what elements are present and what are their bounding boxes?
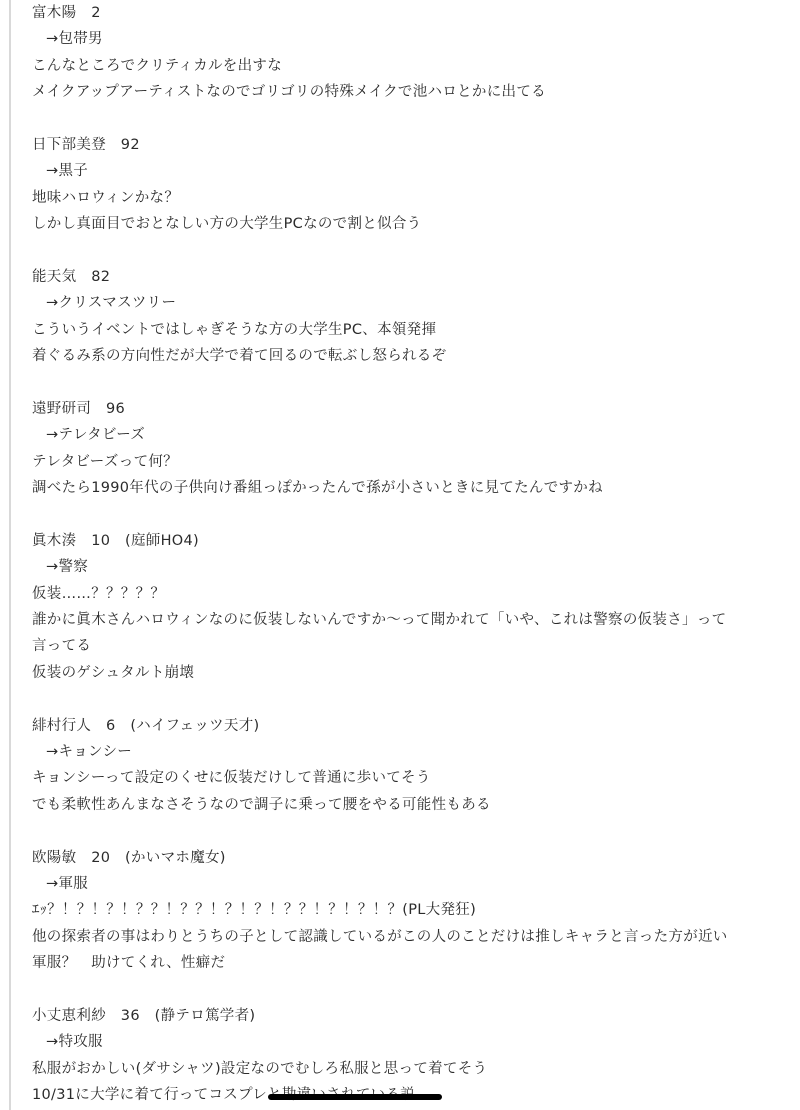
entry-header: 日下部美登 92 [32,132,792,158]
entry-costume: →クリスマスツリー [32,290,792,316]
entry-comment: こういうイベントではしゃぎそうな方の大学生PC、本領発揮 [32,317,792,343]
entry-ouyang: 欧陽敏 20 (かいマホ魔女) →軍服 ｴｯ？！？！？！？？！？？！？！？！？？… [32,845,792,1003]
entry-tomiki: 富木陽 2 →包帯男 こんなところでクリティカルを出すな メイクアップアーティス… [32,0,792,132]
entry-comment: ｴｯ？！？！？！？？！？？！？！？！？？！？！？！？(PL大発狂) [32,897,792,923]
entry-kojo: 小丈恵利紗 36 (静テロ篤学者) →特攻服 私服がおかしい(ダサシャツ)設定な… [32,1003,792,1109]
entry-comment: こんなところでクリティカルを出すな [32,53,792,79]
entry-header: 欧陽敏 20 (かいマホ魔女) [32,845,792,871]
entry-header: 能天気 82 [32,264,792,290]
entry-header: 小丈恵利紗 36 (静テロ篤学者) [32,1003,792,1029]
entry-header: 富木陽 2 [32,0,792,26]
entry-kusakabe: 日下部美登 92 →黒子 地味ハロウィンかな？ しかし真面目でおとなしい方の大学… [32,132,792,264]
entry-header: 遠野研司 96 [32,396,792,422]
document-body: 富木陽 2 →包帯男 こんなところでクリティカルを出すな メイクアップアーティス… [32,0,792,1108]
entry-costume: →警察 [32,554,792,580]
entry-header: 緋村行人 6 (ハイフェッツ天才) [32,713,792,739]
entry-costume: →テレタビーズ [32,422,792,448]
entry-costume: →黒子 [32,158,792,184]
entry-costume: →キョンシー [32,739,792,765]
entry-header: 眞木湊 10 (庭師HO4) [32,528,792,554]
entry-comment: 着ぐるみ系の方向性だが大学で着て回るので転ぶし怒られるぞ [32,343,792,369]
entry-comment: しかし真面目でおとなしい方の大学生PCなので割と似合う [32,211,792,237]
entry-comment: キョンシーって設定のくせに仮装だけして普通に歩いてそう [32,765,792,791]
entry-comment: でも柔軟性あんまなさそうなので調子に乗って腰をやる可能性もある [32,792,792,818]
entry-tono: 遠野研司 96 →テレタビーズ テレタビーズって何？ 調べたら1990年代の子供… [32,396,792,528]
entry-comment: 調べたら1990年代の子供向け番組っぽかったんで孫が小さいときに見てたんですかね [32,475,792,501]
left-margin-rule [9,0,11,1110]
home-indicator-bar[interactable] [268,1094,442,1100]
entry-himura: 緋村行人 6 (ハイフェッツ天才) →キョンシー キョンシーって設定のくせに仮装… [32,713,792,845]
entry-comment: 地味ハロウィンかな？ [32,185,792,211]
entry-nontenki: 能天気 82 →クリスマスツリー こういうイベントではしゃぎそうな方の大学生PC… [32,264,792,396]
entry-comment: 仮装のゲシュタルト崩壊 [32,660,792,686]
entry-comment: 言ってる [32,633,792,659]
entry-comment: 仮装……？？？？？ [32,581,792,607]
entry-comment: 他の探索者の事はわりとうちの子として認識しているがこの人のことだけは推しキャラと… [32,924,792,950]
entry-costume: →包帯男 [32,26,792,52]
entry-comment: 私服がおかしい(ダサシャツ)設定なのでむしろ私服と思って着てそう [32,1056,792,1082]
entry-comment: メイクアップアーティストなのでゴリゴリの特殊メイクで池ハロとかに出てる [32,79,792,105]
entry-comment: 誰かに眞木さんハロウィンなのに仮装しないんですか〜って聞かれて「いや、これは警察… [32,607,792,633]
entry-costume: →特攻服 [32,1029,792,1055]
entry-maki: 眞木湊 10 (庭師HO4) →警察 仮装……？？？？？ 誰かに眞木さんハロウィ… [32,528,792,713]
entry-costume: →軍服 [32,871,792,897]
entry-comment: 軍服？ 助けてくれ、性癖だ [32,950,792,976]
entry-comment: テレタビーズって何？ [32,449,792,475]
